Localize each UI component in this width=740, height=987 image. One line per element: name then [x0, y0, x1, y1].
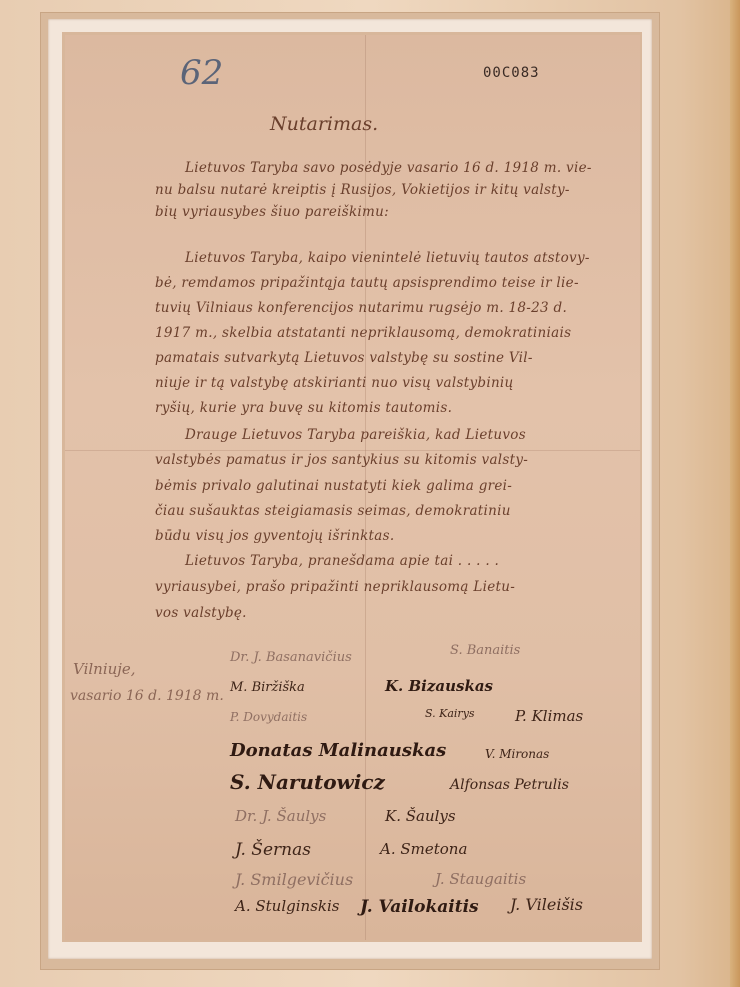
- body-line: valstybės pamatus ir jos santykius su ki…: [155, 452, 528, 468]
- signature: V. Mironas: [485, 747, 549, 761]
- signature: J. Staugaitis: [435, 870, 526, 888]
- gold-frame-edge: [730, 0, 740, 987]
- signature: Dr. J. Basanavičius: [230, 650, 352, 665]
- body-line: vos valstybę.: [155, 605, 247, 621]
- document-paper: 62 00C083 Nutarimas. Lietuvos Taryba sav…: [65, 35, 640, 940]
- signature: Dr. J. Šaulys: [235, 807, 326, 825]
- body-line: Drauge Lietuvos Taryba pareiškia, kad Li…: [185, 427, 526, 443]
- signature: P. Klimas: [515, 707, 583, 725]
- signature: Donatas Malinauskas: [230, 740, 446, 761]
- paper-fold-horizontal: [65, 450, 640, 451]
- body-line: bė, remdamos pripažintąja tautų apsispre…: [155, 275, 579, 291]
- body-line: čiau sušauktas steigiamasis seimas, demo…: [155, 503, 511, 519]
- body-line: bėmis privalo galutinai nustatyti kiek g…: [155, 478, 512, 494]
- body-line: Lietuvos Taryba savo posėdyje vasario 16…: [185, 160, 592, 176]
- body-line: niuje ir tą valstybę atskirianti nuo vis…: [155, 375, 514, 391]
- signature: J. Vailokaitis: [360, 897, 479, 917]
- body-line: nu balsu nutarė kreiptis į Rusijos, Voki…: [155, 182, 570, 198]
- signature: K. Šaulys: [385, 807, 456, 825]
- body-line: ryšių, kurie yra buvę su kitomis tautomi…: [155, 400, 452, 416]
- body-line: 1917 m., skelbia atstatanti nepriklausom…: [155, 325, 571, 341]
- signature: P. Dovydaitis: [230, 710, 307, 724]
- signature: A. Stulginskis: [235, 897, 339, 915]
- archive-number-pencil: 62: [180, 53, 223, 93]
- body-line: pamatais sutvarkytą Lietuvos valstybę su…: [155, 350, 533, 366]
- signature: S. Narutowicz: [230, 770, 385, 794]
- archive-stamp-number: 00C083: [483, 65, 540, 81]
- body-line: tuvių Vilniaus konferencijos nutarimu ru…: [155, 300, 567, 316]
- body-line: Lietuvos Taryba, kaipo vienintelė lietuv…: [185, 250, 590, 266]
- signature: K. Bizauskas: [385, 677, 493, 695]
- signature: J. Vileišis: [510, 895, 583, 914]
- document-title: Nutarimas.: [270, 113, 378, 135]
- signature: Alfonsas Petrulis: [450, 777, 569, 793]
- body-line: būdu visų jos gyventojų išrinktas.: [155, 528, 394, 544]
- signature: M. Biržiška: [230, 680, 305, 695]
- place-text: Vilniuje,: [73, 660, 136, 678]
- signature: S. Banaitis: [450, 643, 520, 658]
- date-text: vasario 16 d. 1918 m.: [70, 688, 224, 704]
- signature: S. Kairys: [425, 707, 475, 720]
- signature: J. Šernas: [235, 840, 311, 860]
- signature: J. Smilgevičius: [235, 870, 353, 889]
- body-line: bių vyriausybes šiuo pareiškimu:: [155, 204, 389, 220]
- body-line: Lietuvos Taryba, pranešdama apie tai . .…: [185, 553, 499, 569]
- signature: A. Smetona: [380, 840, 467, 858]
- body-line: vyriausybei, prašo pripažinti nepriklaus…: [155, 579, 515, 595]
